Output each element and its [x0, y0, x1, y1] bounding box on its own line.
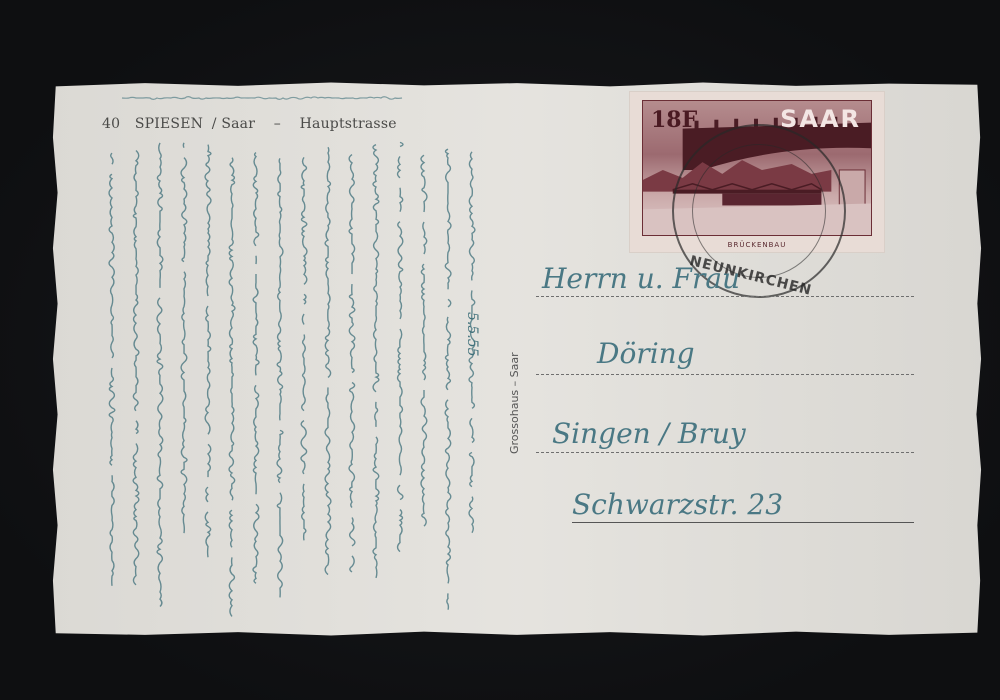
- address-line-1: Herrn u. Frau: [542, 262, 740, 295]
- address-line-4: Schwarzstr. 23: [572, 488, 783, 521]
- address-line-3: Singen / Bruy: [552, 417, 746, 450]
- postcard: 40 SPIESEN / Saar – Hauptstrasse 5.5.55 …: [52, 82, 982, 636]
- address-rule-2: [536, 374, 914, 375]
- stamp-value: 18F: [651, 107, 697, 133]
- address-rule-3: [536, 452, 914, 453]
- address-rule-4: [572, 522, 914, 523]
- stamp-country: SAAR: [780, 105, 861, 133]
- address-line-2: Döring: [597, 337, 695, 370]
- publisher-line: Grossohaus – Saar: [508, 352, 521, 454]
- address-rule-1: [536, 296, 914, 297]
- message-date: 5.5.55: [464, 312, 480, 357]
- handwriting-scribbles-icon: [52, 82, 492, 636]
